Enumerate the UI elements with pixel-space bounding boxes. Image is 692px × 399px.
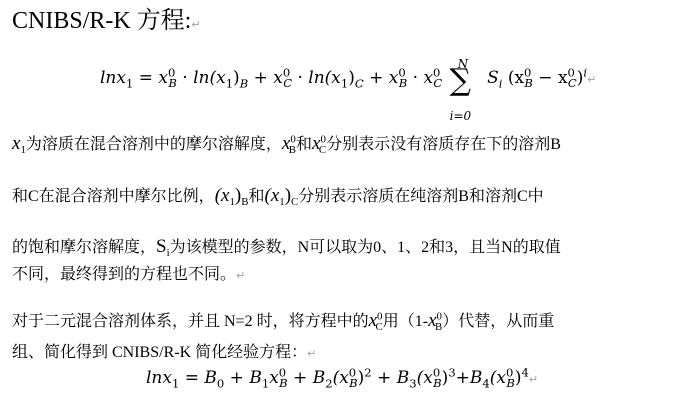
section-title: CNIBS/R-K 方程:↵ xyxy=(12,6,201,40)
paragraph-2-line-2: 组、简化得到 CNIBS/R-K 简化经验方程：↵ xyxy=(12,342,316,365)
paragraph-mark-icon: ↵ xyxy=(529,373,538,386)
equation-simplified: lnx1 = B0 + B1x0B + B2(x0B)2 + B3(x0B)3+… xyxy=(146,368,538,388)
paragraph-1-line-2: 和C在混合溶剂中摩尔比例，(x1)B和(x1)C分别表示溶质在纯溶剂B和溶剂C中 xyxy=(12,185,544,208)
title-text: CNIBS/R-K 方程: xyxy=(12,8,191,34)
paragraph-1-line-3: 的饱和摩尔溶解度，Si为该模型的参数，N可以取为0、1、2和3，且当N的取值 xyxy=(12,236,561,259)
paragraph-mark-icon: ↵ xyxy=(236,269,245,282)
summation: N ∑ i=0 xyxy=(448,69,482,89)
paragraph-mark-icon: ↵ xyxy=(307,347,316,360)
paragraph-2-line-1: 对于二元混合溶剂体系，并且 N=2 时，将方程中的x0C用（1-x0B）代替，从… xyxy=(12,310,554,333)
paragraph-1-line-4: 不同，最终得到的方程也不同。↵ xyxy=(12,264,245,287)
paragraph-mark-icon: ↵ xyxy=(191,18,200,31)
paragraph-1-line-1: x1为溶质在混合溶剂中的摩尔溶解度，x0B和x0C分别表示没有溶质存在下的溶剂B xyxy=(12,133,561,156)
paragraph-mark-icon: ↵ xyxy=(587,73,596,86)
summation-icon: ∑ xyxy=(450,63,471,98)
